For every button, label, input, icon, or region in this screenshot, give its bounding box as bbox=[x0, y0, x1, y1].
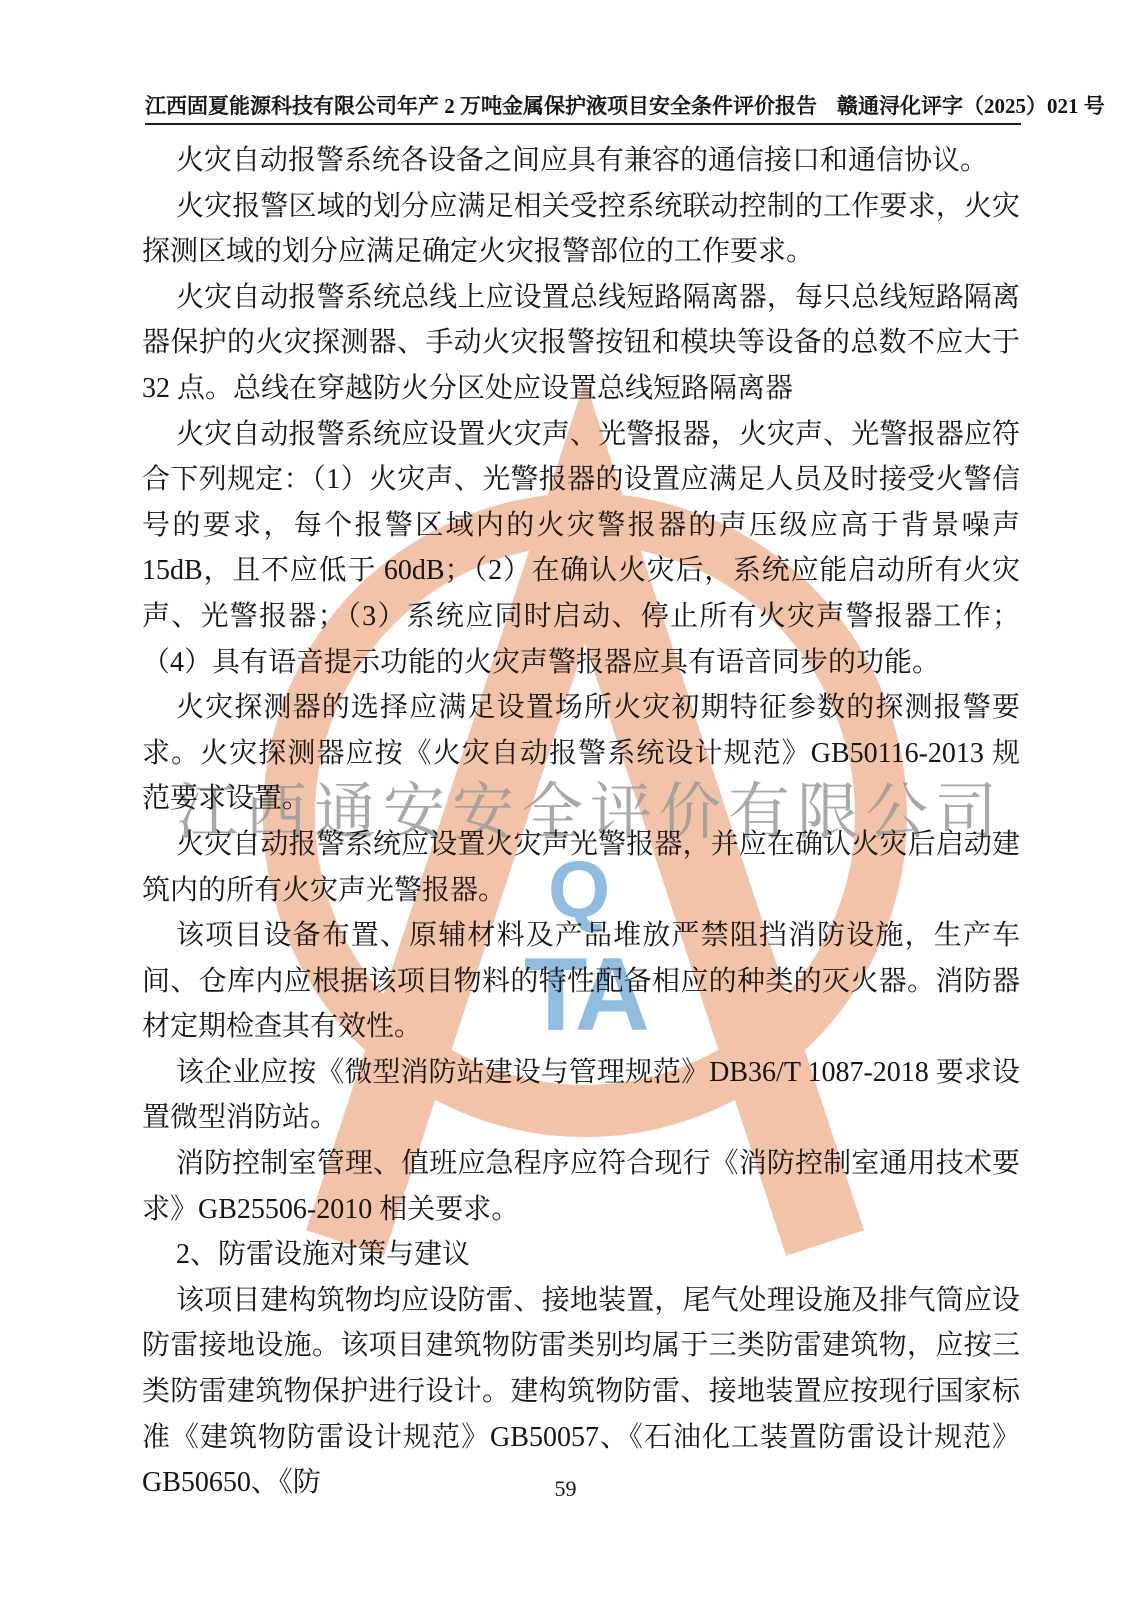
paragraph: 该企业应按《微型消防站建设与管理规范》DB36/T 1087-2018 要求设置… bbox=[142, 1050, 1020, 1141]
paragraph: 火灾报警区域的划分应满足相关受控系统联动控制的工作要求，火灾探测区域的划分应满足… bbox=[142, 184, 1020, 275]
paragraph: 火灾自动报警系统各设备之间应具有兼容的通信接口和通信协议。 bbox=[142, 138, 1020, 184]
paragraph: 消防控制室管理、值班应急程序应符合现行《消防控制室通用技术要求》GB25506-… bbox=[142, 1141, 1020, 1232]
paragraph: 该项目建构筑物均应设防雷、接地装置，尾气处理设施及排气筒应设防雷接地设施。该项目… bbox=[142, 1278, 1020, 1506]
paragraph: 火灾探测器的选择应满足设置场所火灾初期特征参数的探测报警要求。火灾探测器应按《火… bbox=[142, 685, 1020, 822]
page-header: 江西固夏能源科技有限公司年产 2 万吨金属保护液项目安全条件评价报告 赣通浔化评… bbox=[145, 90, 1021, 125]
header-document-number: 赣通浔化评字（2025）021 号 bbox=[837, 90, 1105, 120]
paragraph: 2、防雷设施对策与建议 bbox=[142, 1232, 1020, 1278]
page-number: 59 bbox=[0, 1476, 1131, 1502]
paragraph: 火灾自动报警系统应设置火灾声、光警报器，火灾声、光警报器应符合下列规定：（1）火… bbox=[142, 412, 1020, 686]
header-report-title: 江西固夏能源科技有限公司年产 2 万吨金属保护液项目安全条件评价报告 bbox=[145, 90, 817, 120]
report-page: 江西通安安全评价有限公司 Q TA 江西固夏能源科技有限公司年产 2 万吨金属保… bbox=[0, 0, 1131, 1600]
paragraph: 火灾自动报警系统应设置火灾声光警报器，并应在确认火灾后启动建筑内的所有火灾声光警… bbox=[142, 822, 1020, 913]
paragraph: 该项目设备布置、原辅材料及产品堆放严禁阻挡消防设施，生产车间、仓库内应根据该项目… bbox=[142, 913, 1020, 1050]
paragraph: 火灾自动报警系统总线上应设置总线短路隔离器，每只总线短路隔离器保护的火灾探测器、… bbox=[142, 275, 1020, 412]
document-body: 火灾自动报警系统各设备之间应具有兼容的通信接口和通信协议。火灾报警区域的划分应满… bbox=[142, 138, 1020, 1506]
